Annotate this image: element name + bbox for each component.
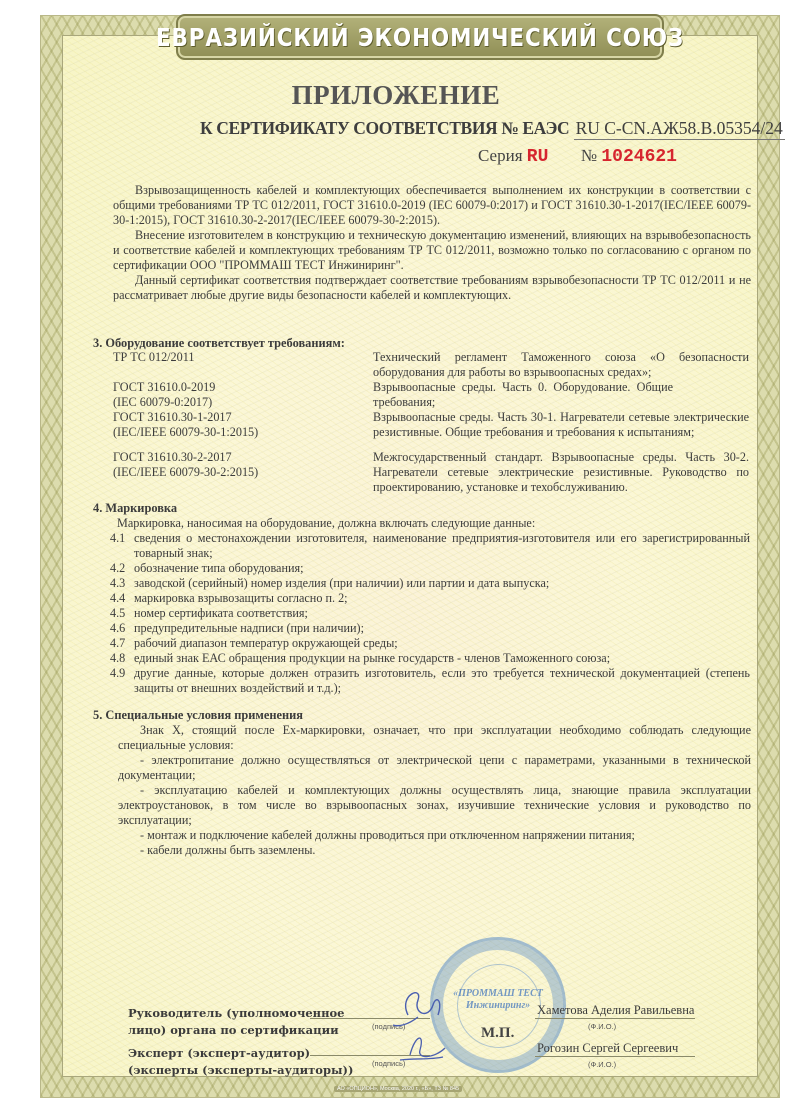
marking-item: 4.1 сведения о местонахождении изготовит… [110,531,750,561]
fio-caption: (Ф.И.О.) [588,1022,616,1031]
condition-paragraph: Знак X, стоящий после Ех-маркировки, озн… [118,723,751,753]
marking-lead: Маркировка, наносимая на оборудование, д… [117,516,535,531]
condition-paragraph: - эксплуатацию кабелей и комплектующих д… [118,783,751,828]
marking-item: 4.9 другие данные, которые должен отрази… [110,666,750,696]
standard-description: Взрывоопасные среды. Часть 0. Оборудован… [373,380,673,410]
condition-paragraph: - монтаж и подключение кабелей должны пр… [118,828,751,843]
printer-imprint: АО «ОПЦИОН», Москва, 2020 г., «Б», ТЗ № … [334,1086,462,1092]
section-3-heading: 3. Оборудование соответствует требования… [93,336,345,351]
standard-description: Технический регламент Таможенного союза … [373,350,749,380]
head-signature [388,985,448,1030]
banner-text: ЕВРАЗИЙСКИЙ ЭКОНОМИЧЕСКИЙ СОЮЗ [156,23,684,52]
marking-item: 4.5 номер сертификата соответствия; [110,606,750,621]
standard-code: ГОСТ 31610.30-1-2017 (IEC/IEEE 60079-30-… [113,410,258,440]
standard-description: Межгосударственный стандарт. Взрывоопасн… [373,450,749,495]
special-conditions: Знак X, стоящий после Ех-маркировки, озн… [118,723,751,858]
standard-code: ТР ТС 012/2011 [113,350,194,365]
expert-signature [395,1030,450,1065]
intro-text: Взрывозащищенность кабелей и комплектующ… [113,183,751,303]
intro-paragraph: Внесение изготовителем в конструкцию и т… [113,228,751,273]
number-label: № [581,146,597,165]
expert-name-line [535,1056,695,1057]
seal-label: М.П. [481,1025,514,1042]
section-5-heading: 5. Специальные условия применения [93,708,303,723]
certificate-reference: К СЕРТИФИКАТУ СООТВЕТСТВИЯ № ЕАЭС RU С-C… [200,118,785,139]
union-banner: ЕВРАЗИЙСКИЙ ЭКОНОМИЧЕСКИЙ СОЮЗ [176,14,664,60]
series-label: Серия [478,146,523,165]
marking-item: 4.2 обозначение типа оборудования; [110,561,750,576]
marking-item: 4.8 единый знак ЕАС обращения продукции … [110,651,750,666]
expert-label: Эксперт (эксперт-аудитор) (эксперты (экс… [128,1045,353,1079]
head-name: Хаметова Аделия Равильевна [537,1003,694,1018]
section-4-heading: 4. Маркировка [93,501,177,516]
marking-item: 4.7 рабочий диапазон температур окружающ… [110,636,750,651]
head-name-line [535,1018,695,1019]
standard-description: Взрывоопасные среды. Часть 30-1. Нагрева… [373,410,749,440]
intro-paragraph: Данный сертификат соответствия подтвержд… [113,273,751,303]
series-value: RU [527,147,549,167]
marking-item: 4.3 заводской (серийный) номер изделия (… [110,576,750,591]
head-label: Руководитель (уполномоченное лицо) орган… [128,1005,345,1039]
marking-item: 4.4 маркировка взрывозащиты согласно п. … [110,591,750,606]
page-title: ПРИЛОЖЕНИЕ [0,80,792,111]
series-line: Серия RU № 1024621 [478,146,677,167]
standard-code: ГОСТ 31610.30-2-2017 (IEC/IEEE 60079-30-… [113,450,258,480]
fio-caption: (Ф.И.О.) [588,1060,616,1069]
intro-paragraph: Взрывозащищенность кабелей и комплектующ… [113,183,751,228]
cert-label: К СЕРТИФИКАТУ СООТВЕТСТВИЯ № ЕАЭС [200,118,569,138]
marking-item: 4.6 предупредительные надписи (при налич… [110,621,750,636]
condition-paragraph: - кабели должны быть заземлены. [118,843,751,858]
expert-name: Рогозин Сергей Сергеевич [537,1041,678,1056]
form-number: 1024621 [601,147,677,167]
standard-code: ГОСТ 31610.0-2019 (IEC 60079-0:2017) [113,380,215,410]
cert-number: RU С-CN.АЖ58.В.05354/24 [574,118,785,140]
condition-paragraph: - электропитание должно осуществляться о… [118,753,751,783]
